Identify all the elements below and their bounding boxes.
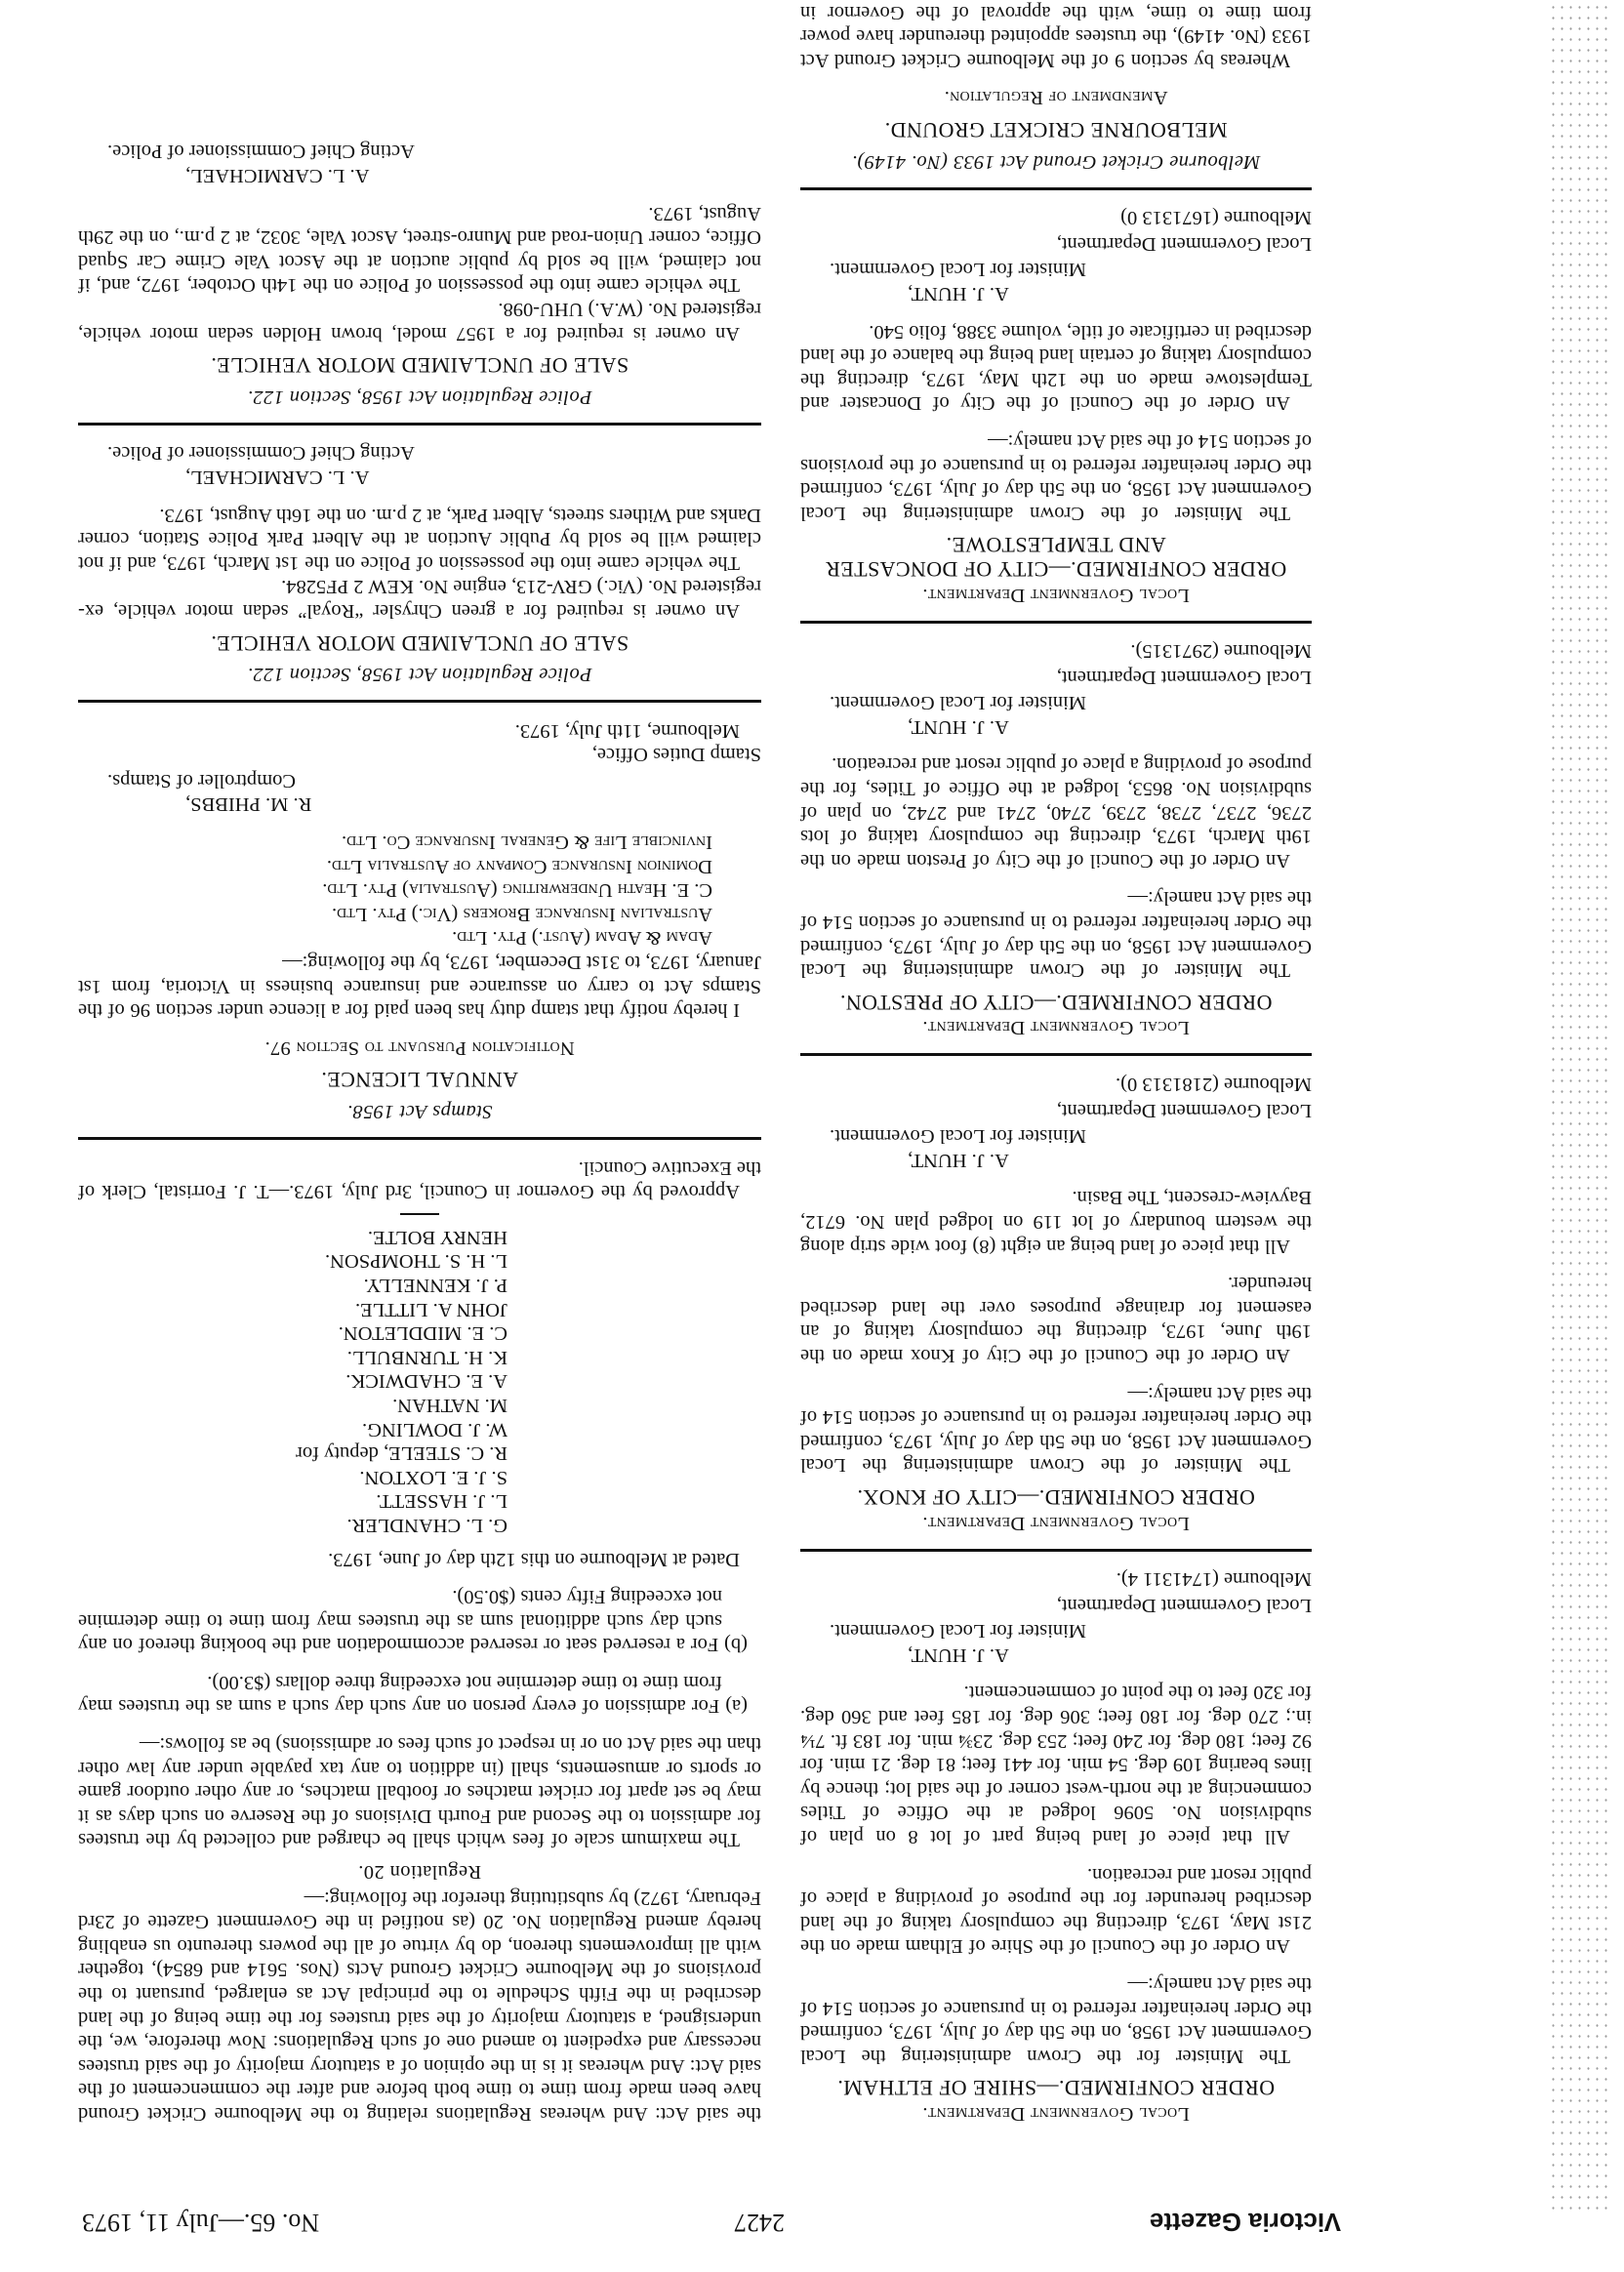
paragraph: the said Act: And whereas Regulations re… — [78, 1886, 761, 2126]
signature-title: Acting Chief Commissioner of Police. — [78, 140, 761, 164]
paragraph: The Minister of the Crown administering … — [800, 886, 1312, 982]
gazette-page: Victoria Gazette 2427 No. 65.—July 11, 1… — [0, 0, 1624, 2272]
publication-title: Victoria Gazette — [1150, 2207, 1341, 2237]
notice-title: SALE OF UNCLAIMED MOTOR VEHICLE. — [78, 353, 761, 378]
insurer-list: Adam & Adam (Aust.) Pty. Ltd.Australian … — [78, 831, 761, 951]
department-label: Local Government Department. — [800, 583, 1312, 607]
act-title: Stamps Act 1958. — [78, 1099, 761, 1123]
insurer-name: C. E. Heath Underwriting (Australia) Pty… — [78, 878, 761, 903]
signature-title: Acting Chief Commissioner of Police. — [78, 441, 761, 466]
department-label: Local Government Department. — [800, 1511, 1312, 1535]
notice-stamps: Stamps Act 1958. ANNUAL LICENCE. Notific… — [78, 718, 761, 1123]
notice-title: ANNUAL LICENCE. — [78, 1068, 761, 1092]
paragraph: The maximum scale of fees which shall be… — [78, 1732, 761, 1852]
location: Local Government Department, — [800, 231, 1312, 256]
insurer-name: Adam & Adam (Aust.) Pty. Ltd. — [78, 926, 761, 951]
paragraph: An Order of the Council of the City of D… — [800, 319, 1312, 415]
trustee-name: C. E. MIDDLETON. — [78, 1321, 507, 1346]
right-column: the said Act: And whereas Regulations re… — [78, 140, 761, 2126]
signature-name: A. J. HUNT, — [800, 1643, 1312, 1667]
paragraph: An owner is required for a 1957 model, b… — [78, 297, 761, 345]
notice-police-2: Police Regulation Act 1958, Section 122.… — [78, 140, 761, 409]
section-divider — [800, 1549, 1312, 1552]
dated-line: Dated at Melbourne on this 12th day of J… — [78, 1547, 761, 1571]
location: Local Government Department, — [800, 1593, 1312, 1617]
reference: Melbourne (1741311 4). — [800, 1567, 1312, 1592]
insurer-name: Australian Insurance Brokers (Vic.) Pty.… — [78, 902, 761, 926]
trustee-name: M. NATHAN. — [78, 1393, 507, 1417]
section-divider — [800, 187, 1312, 190]
notice-eltham: Local Government Department. ORDER CONFI… — [800, 1567, 1312, 2126]
insurer-name: Dominion Insurance Company of Australia … — [78, 854, 761, 878]
paragraph: An Order of the Council of the City of K… — [800, 1272, 1312, 1367]
trustee-name: A. E. CHADWICK. — [78, 1369, 507, 1394]
reference: Melbourne (2181313 0). — [800, 1072, 1312, 1096]
notice-title: ORDER CONFIRMED.—CITY OF KNOX. — [800, 1484, 1312, 1509]
section-divider — [78, 700, 761, 703]
paragraph: The Minister of the Crown administering … — [800, 1381, 1312, 1477]
trustee-name: S. J. E. LOXTON. — [78, 1465, 507, 1489]
notice-preston: Local Government Department. ORDER CONFI… — [800, 639, 1312, 1040]
date-line: Melbourne, 11th July, 1973. — [78, 718, 761, 743]
fee-item-a: (a) For admission of every person on any… — [78, 1670, 761, 1718]
paragraph: The vehicle came into the possession of … — [78, 503, 761, 575]
location: Local Government Department, — [800, 665, 1312, 689]
trustee-name: R. C. STEELE, deputy for — [78, 1441, 507, 1466]
short-divider — [400, 1213, 439, 1215]
notice-police-1: Police Regulation Act 1958, Section 122.… — [78, 441, 761, 686]
signature-title: Minister for Local Government. — [800, 1124, 1312, 1149]
trustee-name: L. H. S. THOMPSON. — [78, 1249, 507, 1274]
approval-line: Approved by the Governor in Council, 3rd… — [78, 1156, 761, 1203]
signature-name: A. J. HUNT, — [800, 1148, 1312, 1172]
notice-title: ORDER CONFIRMED.—SHIRE OF ELTHAM. — [800, 2076, 1312, 2100]
signature-title: Comptroller of Stamps. — [78, 768, 761, 792]
act-title: Police Regulation Act 1958, Section 122. — [78, 663, 761, 687]
trustee-name: P. J. KENNELLY. — [78, 1273, 507, 1297]
page-number: 2427 — [734, 2208, 785, 2237]
section-divider — [78, 1137, 761, 1140]
signature-title: Minister for Local Government. — [800, 1619, 1312, 1643]
location: Local Government Department, — [800, 1098, 1312, 1122]
notice-mcg: Melbourne Cricket Ground Act 1933 (No. 4… — [800, 0, 1312, 174]
regulation-title: Regulation 20. — [78, 1859, 761, 1884]
notice-subtitle: Notification Pursuant to Section 97. — [78, 1035, 761, 1060]
signature-name: A. L. CARMICHAEL, — [78, 465, 761, 489]
signature-title: Minister for Local Government. — [800, 691, 1312, 715]
paragraph: All that piece of land being an eight (8… — [800, 1186, 1312, 1258]
notice-subtitle: Amendment of Regulation. — [800, 86, 1312, 110]
notice-title: MELBOURNE CRICKET GROUND. — [800, 117, 1312, 142]
signature-name: A. J. HUNT, — [800, 714, 1312, 739]
notice-doncaster: Local Government Department. ORDER CONFI… — [800, 206, 1312, 607]
paragraph: An Order of the Council of the Shire of … — [800, 1862, 1312, 1958]
notice-mcg-continued: the said Act: And whereas Regulations re… — [78, 1156, 761, 2126]
trustee-name: JOHN A. LITTLE. — [78, 1297, 507, 1321]
notice-title: ORDER CONFIRMED.—CITY OF PRESTON. — [800, 990, 1312, 1014]
paragraph: All that piece of land being part of lot… — [800, 1681, 1312, 1848]
trustee-name: W. J. DOWLING. — [78, 1417, 507, 1441]
section-divider — [78, 423, 761, 426]
reference: Melbourne (1671313 0) — [800, 206, 1312, 230]
paragraph: Whereas by section 9 of the Melbourne Cr… — [800, 0, 1312, 72]
paragraph: The Minister of the Crown administering … — [800, 428, 1312, 524]
scan-noise-strip — [1552, 0, 1610, 2213]
trustee-name: L. J. HASSETT. — [78, 1489, 507, 1514]
paragraph: I hereby notify that stamp duty has been… — [78, 950, 761, 1022]
trustee-name: K. H. TURNBULL. — [78, 1345, 507, 1369]
section-divider — [800, 621, 1312, 624]
issue-date: No. 65.—July 11, 1973 — [82, 2208, 319, 2237]
paragraph: An Order of the Council of the City of P… — [800, 752, 1312, 872]
section-divider — [800, 1053, 1312, 1056]
trustee-name: HENRY BOLTE. — [78, 1225, 507, 1249]
insurer-name: Invincible Life & General Insurance Co. … — [78, 831, 761, 855]
left-column: Local Government Department. ORDER CONFI… — [800, 0, 1312, 2126]
trustee-list: G. L. CHANDLER.L. J. HASSETT.S. J. E. LO… — [78, 1225, 761, 1537]
act-title: Melbourne Cricket Ground Act 1933 (No. 4… — [800, 149, 1312, 174]
signature-title: Minister for Local Government. — [800, 258, 1312, 282]
signature-name: A. L. CARMICHAEL, — [78, 163, 761, 187]
notice-title: SALE OF UNCLAIMED MOTOR VEHICLE. — [78, 630, 761, 655]
fee-item-b: (b) For a reserved seat or reserved acco… — [78, 1585, 761, 1657]
notice-title: ORDER CONFIRMED.—CITY OF DONCASTER AND T… — [800, 533, 1312, 581]
notice-knox: Local Government Department. ORDER CONFI… — [800, 1072, 1312, 1534]
act-title: Police Regulation Act 1958, Section 122. — [78, 385, 761, 409]
trustee-name: G. L. CHANDLER. — [78, 1513, 507, 1537]
signature-name: A. J. HUNT, — [800, 281, 1312, 305]
department-label: Local Government Department. — [800, 1016, 1312, 1040]
paragraph: An owner is required for a green Chrysle… — [78, 575, 761, 623]
paragraph: The Minister for the Crown administering… — [800, 1971, 1312, 2067]
location: Stamp Duties Office, — [78, 743, 761, 767]
page-header: Victoria Gazette 2427 No. 65.—July 11, 1… — [82, 2198, 1341, 2237]
reference: Melbourne (2971315). — [800, 639, 1312, 664]
paragraph: The vehicle came into the possession of … — [78, 201, 761, 297]
department-label: Local Government Department. — [800, 2101, 1312, 2126]
signature-name: R. M. PHIBBS, — [78, 792, 761, 817]
